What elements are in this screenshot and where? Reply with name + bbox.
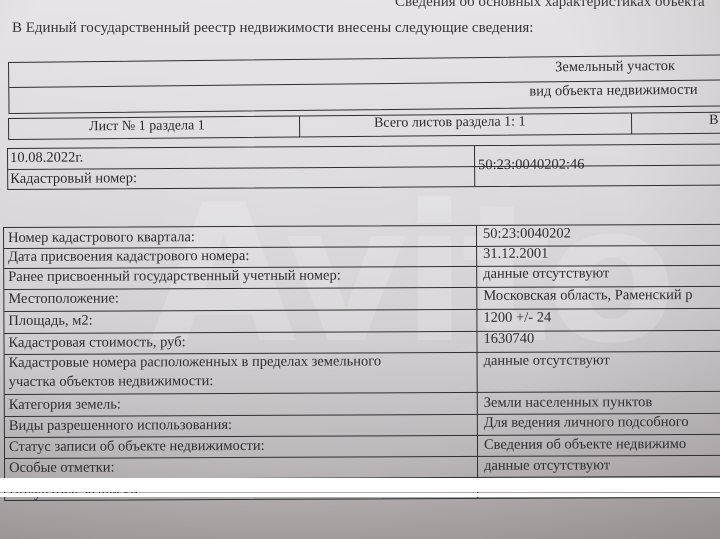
cadastral-number-value: 50:23:0040202:46 (478, 156, 584, 174)
row-label: Виды разрешенного использования: (9, 417, 232, 435)
object-type-box: Земельный участок вид объекта недвижимос… (8, 54, 720, 114)
row-label: Кадастровая стоимость, руб: (8, 334, 185, 352)
table-row: Ранее присвоенный государственный учетны… (4, 265, 720, 288)
redaction-bar (0, 478, 720, 492)
row-label: Кадастровые номера расположенных в преде… (9, 353, 382, 372)
cadastral-col-divider (474, 146, 475, 186)
redaction-bar (0, 493, 720, 497)
sheet-right-partial: В (709, 113, 718, 129)
row-value: 1200 +/- 24 (479, 310, 551, 327)
object-type-value: Земельный участок (555, 58, 675, 76)
row-label: Местоположение: (8, 290, 119, 307)
row-value: данные отсутствуют (480, 352, 610, 370)
row-value: 31.12.2001 (479, 246, 548, 263)
table-row: Категория земель: Земли населенных пункт… (5, 391, 720, 415)
object-type-label: вид объекта недвижимости (529, 82, 697, 101)
sheet-info-box: Лист № 1 раздела 1 Всего листов раздела … (8, 112, 720, 140)
row-label: Ранее присвоенный государственный учетны… (8, 268, 341, 286)
row-value: данные отсутствуют (480, 457, 610, 475)
extract-date: 10.08.2022г. (10, 150, 83, 167)
sheet-divider-2 (631, 114, 632, 134)
row-value: Земли населенных пунктов (480, 394, 652, 412)
table-row: Местоположение: Московская область, Раме… (4, 286, 720, 310)
total-sheets: Всего листов раздела 1: 1 (374, 114, 526, 131)
row-value: Сведения об объекте недвижимо (480, 436, 686, 454)
row-value: Для ведения личного подсобного (480, 414, 689, 432)
row-label: Категория земель: (9, 396, 121, 413)
row-value: данные отсутствуют (479, 265, 609, 283)
row-label-line2: участка объектов недвижимости: (9, 373, 214, 391)
sheet-divider-1 (299, 116, 300, 136)
row-value: 50:23:0040202 (479, 226, 571, 243)
table-row: Кадастровые номера расположенных в преде… (5, 351, 720, 394)
intro-text: В Единый государственный реестр недвижим… (12, 20, 533, 37)
row-value: 1630740 (479, 331, 534, 348)
cadastral-number-box: 10.08.2022г. Кадастровый номер: 50:23:00… (7, 144, 720, 190)
row-label: Дата присвоения кадастрового номера: (8, 248, 249, 266)
sheet-number: Лист № 1 раздела 1 (89, 118, 205, 135)
section-header: Сведения об основных характеристиках объ… (395, 0, 705, 11)
row-label: Площадь, м2: (8, 313, 92, 330)
row-value: Московская область, Раменский р (479, 287, 692, 305)
cadastral-number-label: Кадастровый номер: (10, 170, 137, 188)
row-label: Номер кадастрового квартала: (8, 229, 195, 247)
row-label: Статус записи об объекте недвижимости: (9, 438, 265, 456)
characteristics-table: Номер кадастрового квартала: 50:23:00402… (3, 224, 720, 501)
date-divider (8, 165, 720, 170)
table-row: Площадь, м2: 1200 +/- 24 (4, 308, 720, 332)
row-label: Особые отметки: (9, 460, 115, 477)
